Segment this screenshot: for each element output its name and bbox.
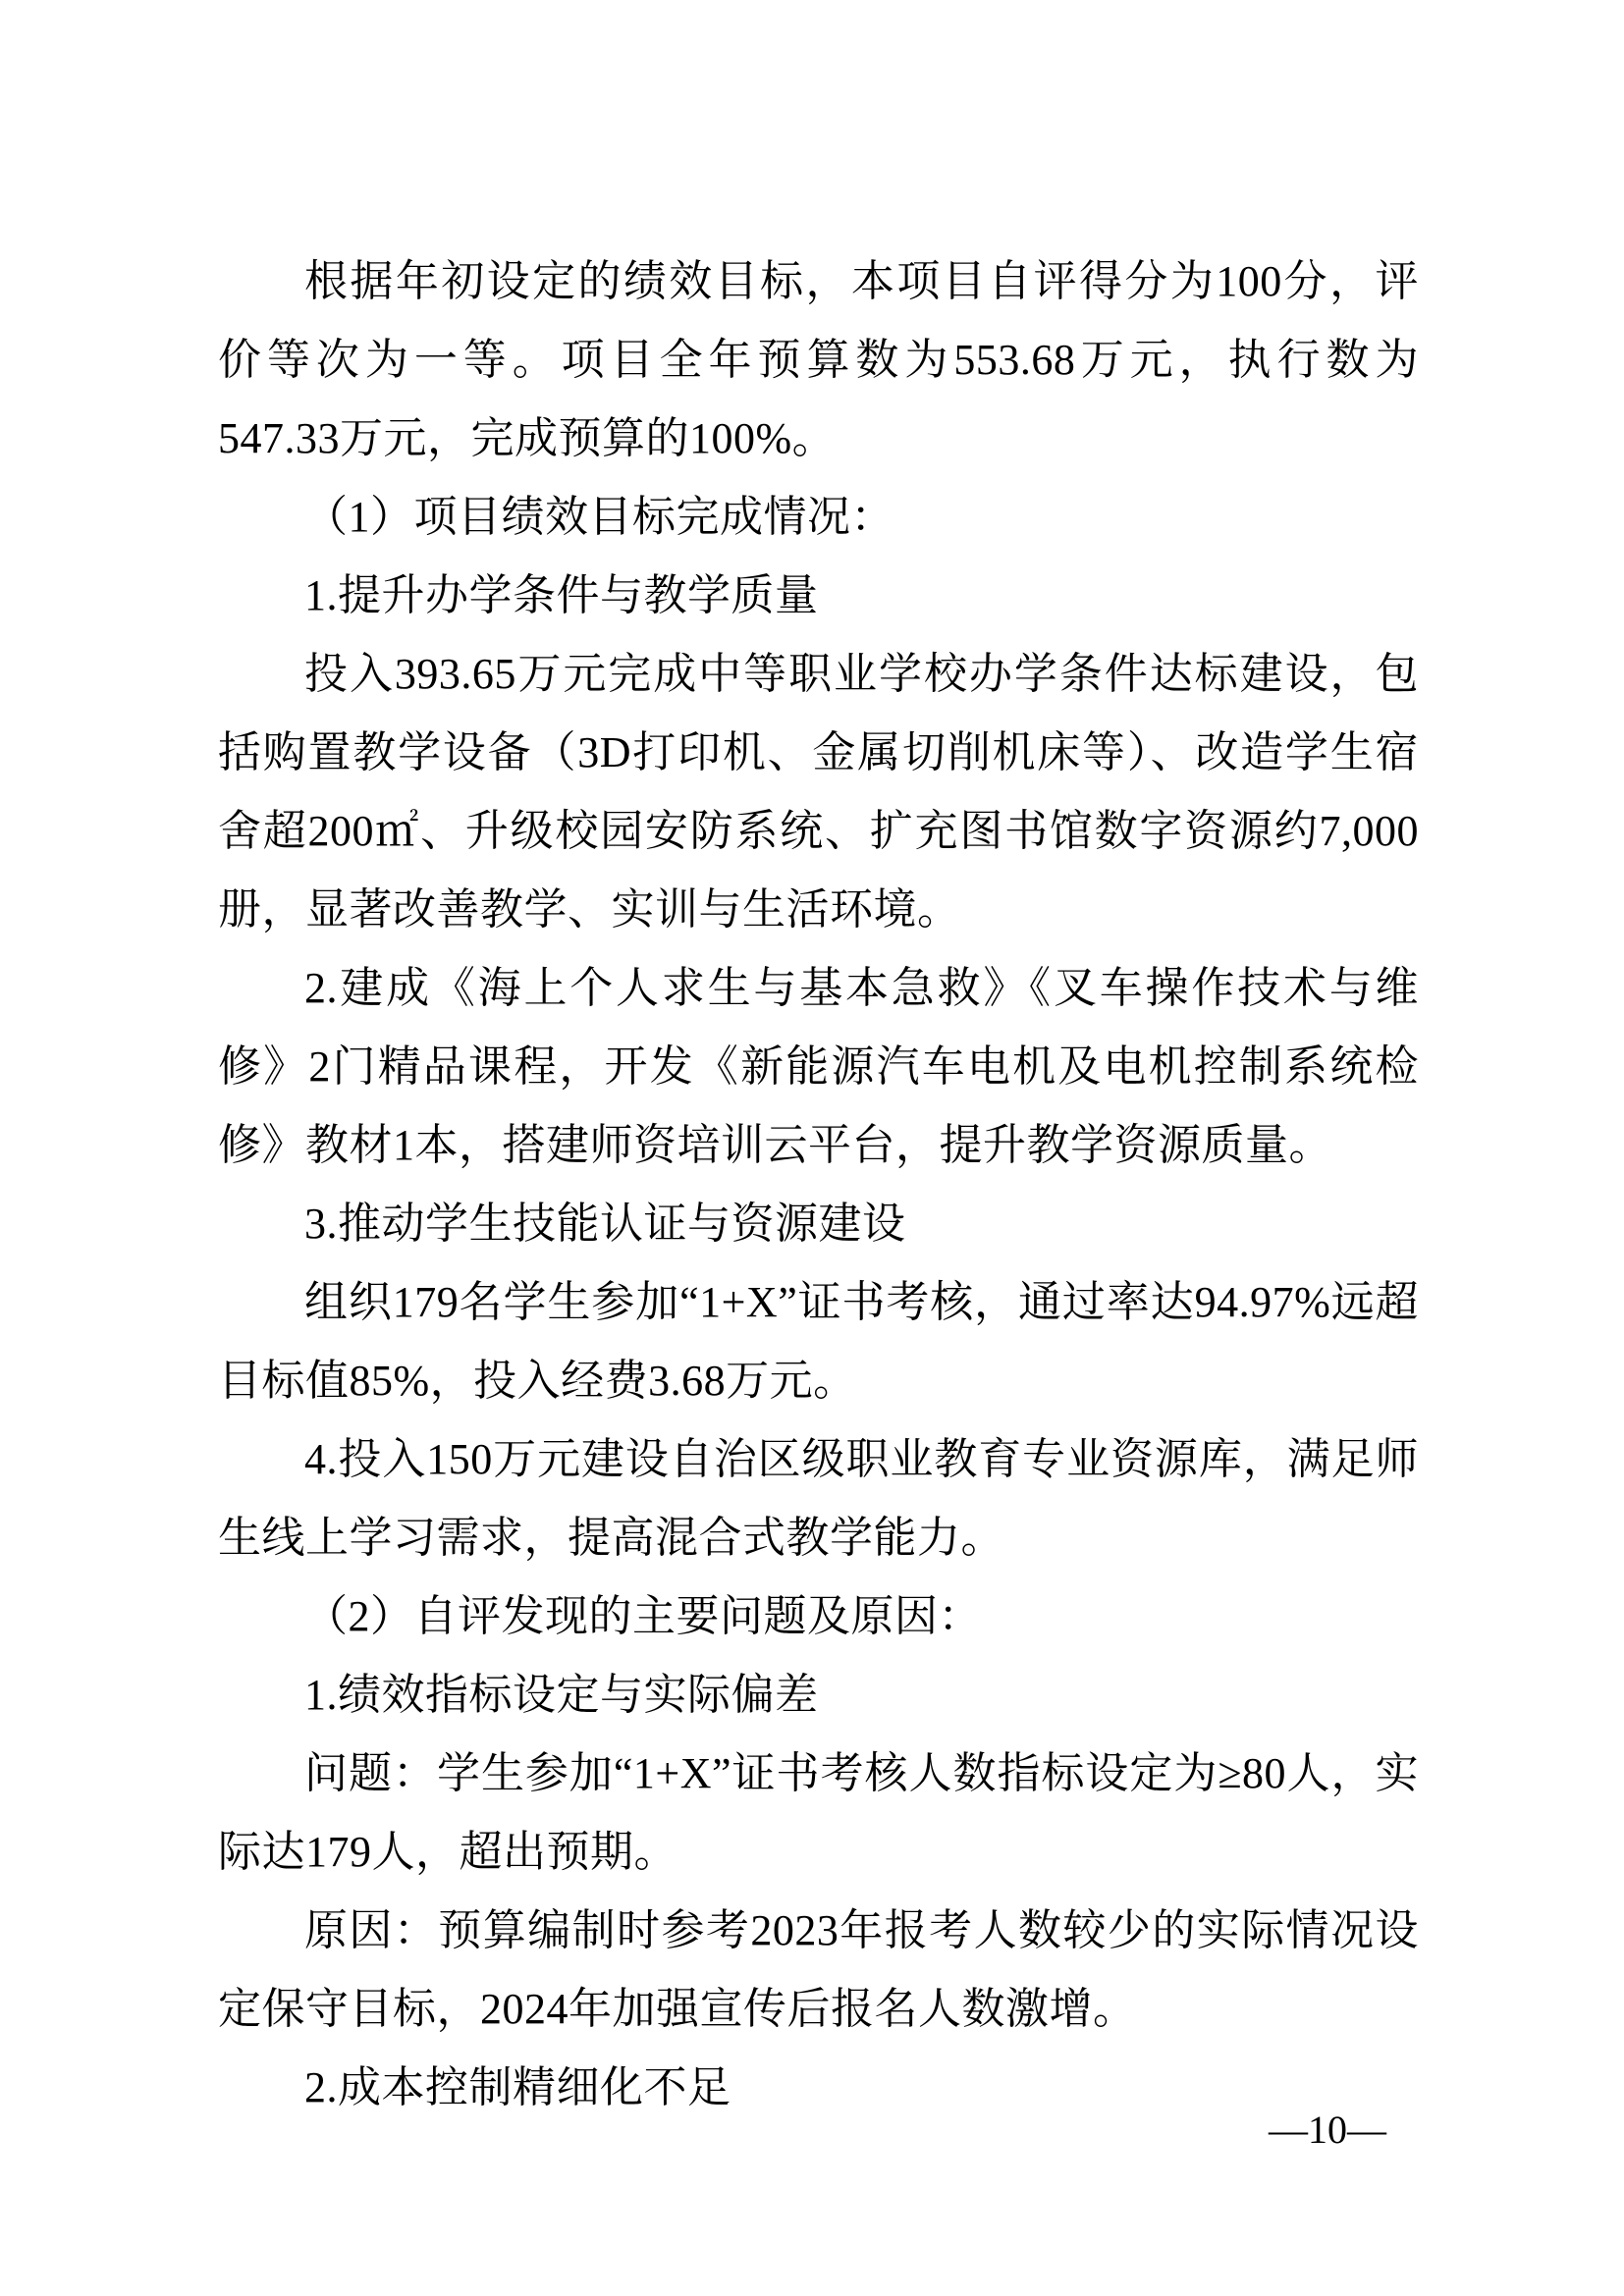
paragraph: （2）自评发现的主要问题及原因：: [218, 1577, 1419, 1656]
text-block: 根据年初设定的绩效目标，本项目自评得分为100分，评价等次为一等。项目全年预算数…: [218, 242, 1419, 2127]
paragraph: 根据年初设定的绩效目标，本项目自评得分为100分，评价等次为一等。项目全年预算数…: [218, 242, 1419, 478]
page-number: —10—: [1269, 2109, 1386, 2152]
paragraph: 2.建成《海上个人求生与基本急救》《叉车操作技术与维修》2门精品课程，开发《新能…: [218, 949, 1419, 1185]
paragraph: 1.提升办学条件与教学质量: [218, 557, 1419, 635]
paragraph: （1）项目绩效目标完成情况：: [218, 478, 1419, 557]
paragraph: 3.推动学生技能认证与资源建设: [218, 1185, 1419, 1263]
paragraph: 组织179名学生参加“1+X”证书考核，通过率达94.97%远超目标值85%，投…: [218, 1263, 1419, 1420]
paragraph: 2.成本控制精细化不足: [218, 2049, 1419, 2127]
paragraph: 问题：学生参加“1+X”证书考核人数指标设定为≥80人，实际达179人，超出预期…: [218, 1735, 1419, 1892]
paragraph: 原因：预算编制时参考2023年报考人数较少的实际情况设定保守目标，2024年加强…: [218, 1892, 1419, 2049]
paragraph: 4.投入150万元建设自治区级职业教育专业资源库，满足师生线上学习需求，提高混合…: [218, 1420, 1419, 1577]
paragraph: 1.绩效指标设定与实际偏差: [218, 1656, 1419, 1735]
document-page: 根据年初设定的绩效目标，本项目自评得分为100分，评价等次为一等。项目全年预算数…: [0, 0, 1624, 2296]
paragraph: 投入393.65万元完成中等职业学校办学条件达标建设，包括购置教学设备（3D打印…: [218, 635, 1419, 949]
